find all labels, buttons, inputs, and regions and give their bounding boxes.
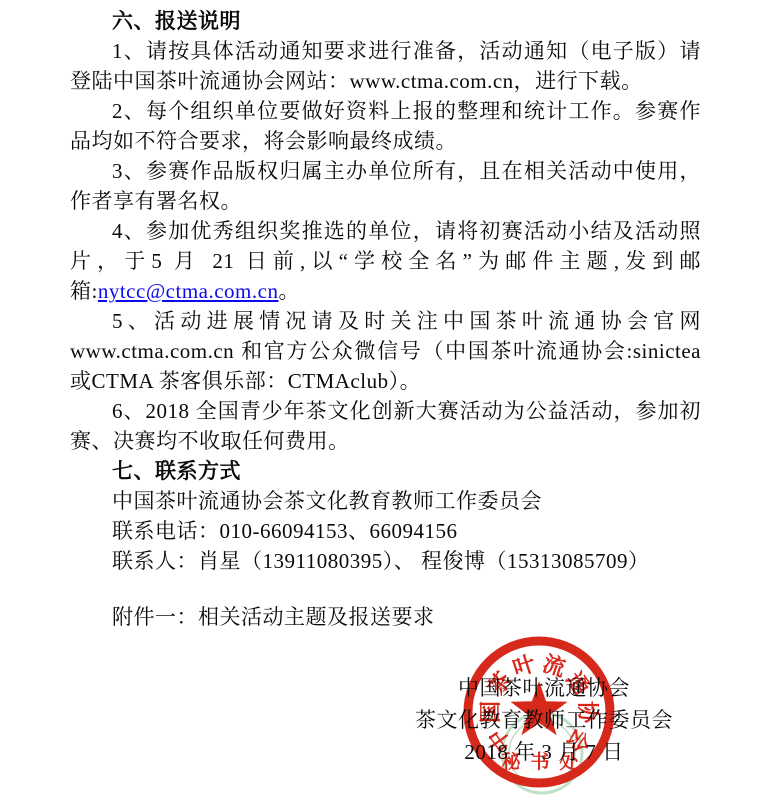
section-6-heading: 六、报送说明 — [70, 6, 701, 36]
submission-item-6: 6、2018 全国青少年茶文化创新大赛活动为公益活动，参加初赛、决赛均不收取任何… — [70, 396, 701, 456]
contact-organization: 中国茶叶流通协会茶文化教育教师工作委员会 — [70, 486, 701, 516]
submission-item-4-suffix: 。 — [278, 279, 300, 303]
signature-block: 中国茶叶流通协会 茶文化教育教师工作委员会 2018 年 3 月 7 日 — [383, 672, 705, 768]
section-7-heading: 七、联系方式 — [70, 456, 701, 486]
submission-item-1: 1、请按具体活动通知要求进行准备，活动通知（电子版）请登陆中国茶叶流通协会网站：… — [70, 36, 701, 96]
signature-org-line1: 中国茶叶流通协会 — [383, 672, 705, 704]
submission-item-2: 2、每个组织单位要做好资料上报的整理和统计工作。参赛作品均如不符合要求，将会影响… — [70, 96, 701, 156]
document-page: { "colors": { "seal_red": "#d7281c", "li… — [0, 0, 771, 809]
signature-org-line2: 茶文化教育教师工作委员会 — [383, 704, 705, 736]
signature-date-line: 2018 年 3 月 7 日 — [383, 736, 705, 768]
contact-persons-line: 联系人：肖星（13911080395）、 程俊博（15313085709） — [70, 546, 701, 576]
submission-item-4: 4、参加优秀组织奖推选的单位，请将初赛活动小结及活动照片，于5 月 21 日前,… — [70, 216, 701, 306]
submission-item-5: 5、活动进展情况请及时关注中国茶叶流通协会官网www.ctma.com.cn 和… — [70, 306, 701, 396]
email-link[interactable]: nytcc@ctma.com.cn — [98, 279, 279, 303]
contact-phone-line: 联系电话：010-66094153、66094156 — [70, 516, 701, 546]
submission-item-3: 3、参赛作品版权归属主办单位所有，且在相关活动中使用，作者享有署名权。 — [70, 156, 701, 216]
attachment-line: 附件一：相关活动主题及报送要求 — [70, 602, 701, 632]
